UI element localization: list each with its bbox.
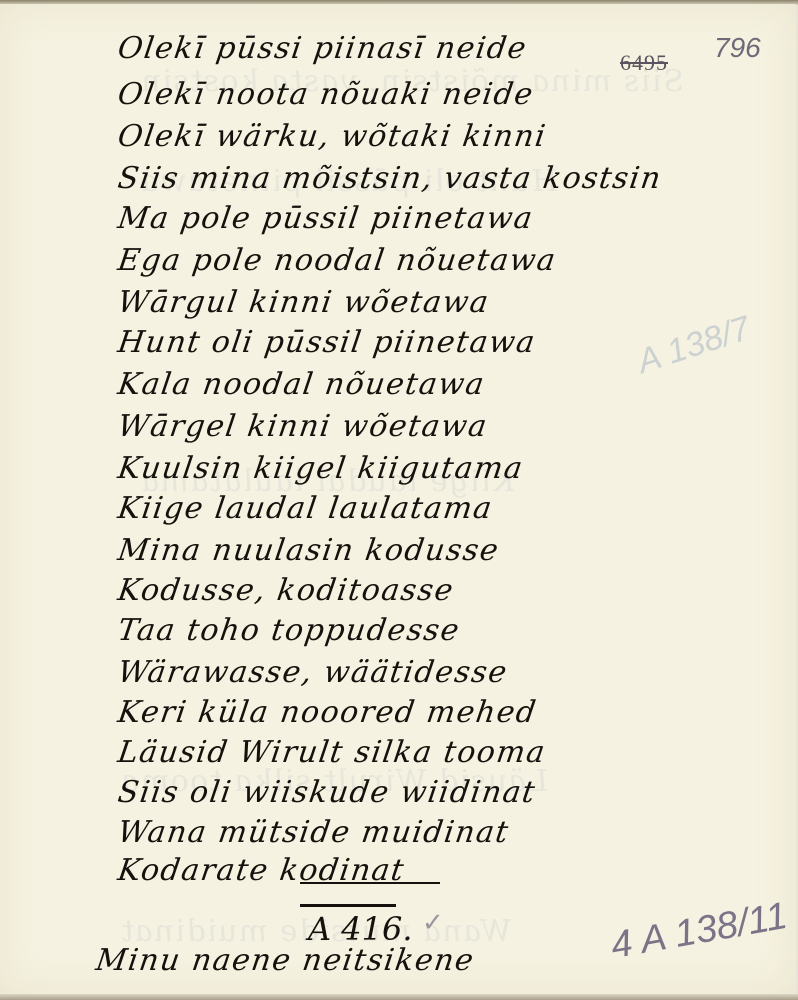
verse-line: Mina nuulasin kodusse (116, 536, 501, 566)
verse-line: Ma pole pūssil piinetawa (116, 204, 536, 234)
verse-line: Kodusse, koditoasse (116, 576, 456, 606)
verse-line: Läusid Wirult silka tooma (116, 738, 548, 768)
page-bottom-edge (0, 994, 798, 1000)
verse-line: Taa toho toppudesse (116, 616, 462, 646)
verse-line: Olekī wärku, wõtaki kinni (116, 122, 548, 152)
margin-pencil-note: A 138/7 (633, 309, 755, 382)
verse-line: Kuulsin kiigel kiigutama (116, 454, 526, 484)
verse-line: Wärawasse, wäätidesse (116, 658, 510, 688)
verse-line: Ega pole noodal nõuetawa (116, 246, 559, 276)
verse-line-next: Minu naene neitsikene (94, 946, 477, 976)
verse-line: Kala noodal nõuetawa (116, 370, 487, 400)
verse-line: Olekī noota nõuaki neide (116, 80, 536, 110)
verse-line: Wārgel kinni wõetawa (116, 412, 490, 442)
section-separator (300, 904, 396, 907)
check-mark-icon: ✓ (422, 908, 444, 938)
verse-line: Siis oli wiiskude wiidinat (116, 778, 538, 808)
bottom-pencil-note: 4 A 138/11 (608, 895, 791, 968)
struck-stamp-number: 6495 (620, 50, 668, 76)
verse-line: Siis mina mõistsin, vasta kostsin (116, 164, 664, 194)
verse-line: Keri küla nooored mehed (116, 698, 539, 728)
verse-line: Olekī pūssi piinasī neide (116, 34, 529, 64)
verse-line: Wana mütside muidinat (116, 818, 511, 848)
verse-line: Kiige laudal laulatama (116, 494, 495, 524)
manuscript-page: Siis mina mõistsin, vasta kostsin Hunt o… (0, 4, 796, 994)
verse-line: Hunt oli pūssil piinetawa (116, 328, 538, 358)
verse-line: Wārgul kinni wõetawa (116, 288, 491, 318)
page-number: 796 (714, 32, 761, 64)
verse-end-underline (300, 882, 440, 884)
